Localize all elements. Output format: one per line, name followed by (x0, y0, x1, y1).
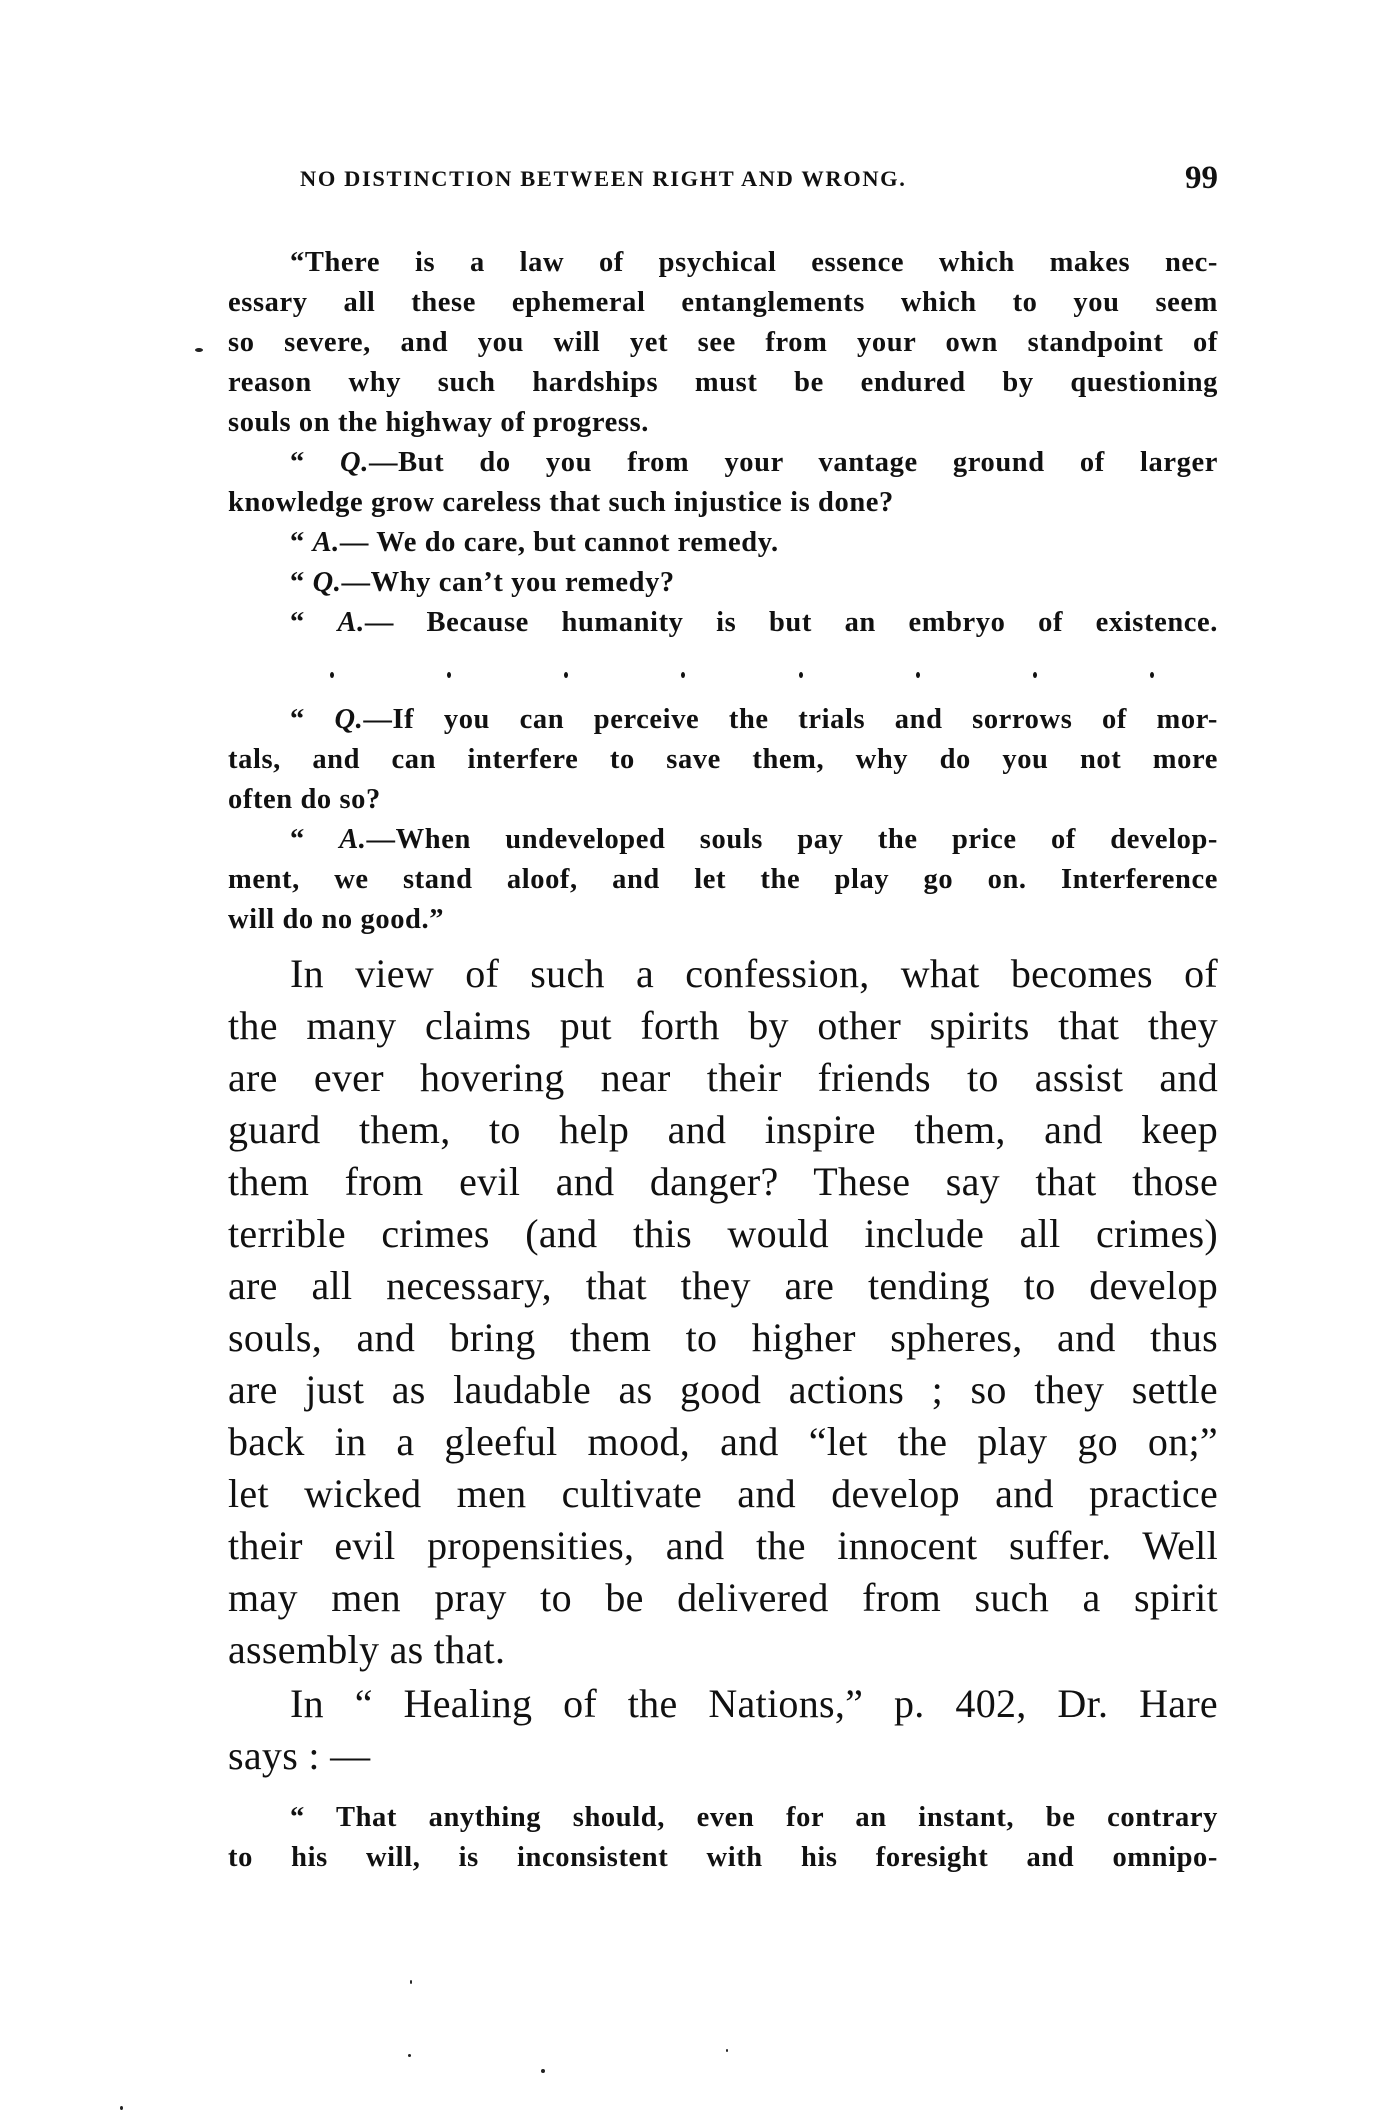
running-title: NO DISTINCTION BETWEEN RIGHT AND WRONG. (300, 166, 906, 192)
text-line: them from evil and danger? These say tha… (228, 1156, 1218, 1208)
ellipsis-dot (681, 672, 685, 678)
text-line: their evil propensities, and the innocen… (228, 1520, 1218, 1572)
text-line: reason why such hardships must be endure… (228, 363, 1218, 403)
text-line: souls on the highway of progress. (228, 403, 1218, 443)
dialogue-question: “ Q.—But do you from your vantage ground… (228, 443, 1218, 483)
dialogue-answer: “ A.— We do care, but cannot remedy. (228, 523, 1218, 563)
text-line: are just as laudable as good actions ; s… (228, 1364, 1218, 1416)
book-page: NO DISTINCTION BETWEEN RIGHT AND WRONG. … (0, 0, 1400, 2128)
text-line: so severe, and you will yet see from you… (228, 323, 1218, 363)
text-line: assembly as that. (228, 1624, 1218, 1676)
running-head: NO DISTINCTION BETWEEN RIGHT AND WRONG. … (300, 160, 1218, 196)
scan-speck (410, 1980, 412, 1984)
text-line: will do no good.” (228, 900, 1218, 940)
text-line: ment, we stand aloof, and let the play g… (228, 860, 1218, 900)
text-line: In “ Healing of the Nations,” p. 402, Dr… (228, 1678, 1218, 1730)
text-line: essary all these ephemeral entanglements… (228, 283, 1218, 323)
scan-speck (120, 2106, 123, 2110)
ellipsis-dot (1150, 672, 1154, 678)
scan-speck (726, 2049, 728, 2052)
ellipsis-dot (330, 672, 334, 678)
question-marker: Q. (334, 704, 363, 735)
ellipsis-row (330, 672, 1154, 682)
text-line: In view of such a confession, what becom… (228, 948, 1218, 1000)
dialogue-question: “ Q.—Why can’t you remedy? (228, 563, 1218, 603)
text-line: are all necessary, that they are tending… (228, 1260, 1218, 1312)
text-line: guard them, to help and inspire them, an… (228, 1104, 1218, 1156)
text-line: the many claims put forth by other spiri… (228, 1000, 1218, 1052)
dialogue-question: “ Q.—If you can perceive the trials and … (228, 700, 1218, 740)
text-line: terrible crimes (and this would include … (228, 1208, 1218, 1260)
text-line: souls, and bring them to higher spheres,… (228, 1312, 1218, 1364)
text-line: to his will, is inconsistent with his fo… (228, 1838, 1218, 1878)
ellipsis-dot (916, 672, 920, 678)
answer-marker: A. (339, 824, 366, 855)
question-marker: Q. (340, 447, 369, 478)
question-marker: Q. (313, 567, 342, 598)
answer-marker: A. (337, 607, 364, 638)
ellipsis-dot (799, 672, 803, 678)
text-line: “ That anything should, even for an inst… (228, 1798, 1218, 1838)
text-line: may men pray to be delivered from such a… (228, 1572, 1218, 1624)
dialogue-answer: “ A.— Because humanity is but an embryo … (228, 603, 1218, 643)
scan-speck (408, 2054, 411, 2057)
text-line: says : — (228, 1730, 1218, 1782)
text-line: often do so? (228, 780, 1218, 820)
ellipsis-dot (447, 672, 451, 678)
text-line: knowledge grow careless that such injust… (228, 483, 1218, 523)
dialogue-answer: “ A.—When undeveloped souls pay the pric… (228, 820, 1218, 860)
answer-marker: A. (313, 527, 340, 558)
ellipsis-dot (564, 672, 568, 678)
text-line: tals, and can interfere to save them, wh… (228, 740, 1218, 780)
ellipsis-dot (1033, 672, 1037, 678)
text-line: let wicked men cultivate and develop and… (228, 1468, 1218, 1520)
page-number: 99 (1185, 160, 1218, 197)
scan-speck (541, 2069, 545, 2073)
scan-speck (195, 348, 203, 352)
text-line: are ever hovering near their friends to … (228, 1052, 1218, 1104)
text-line: “There is a law of psychical essence whi… (228, 243, 1218, 283)
text-line: back in a gleeful mood, and “let the pla… (228, 1416, 1218, 1468)
